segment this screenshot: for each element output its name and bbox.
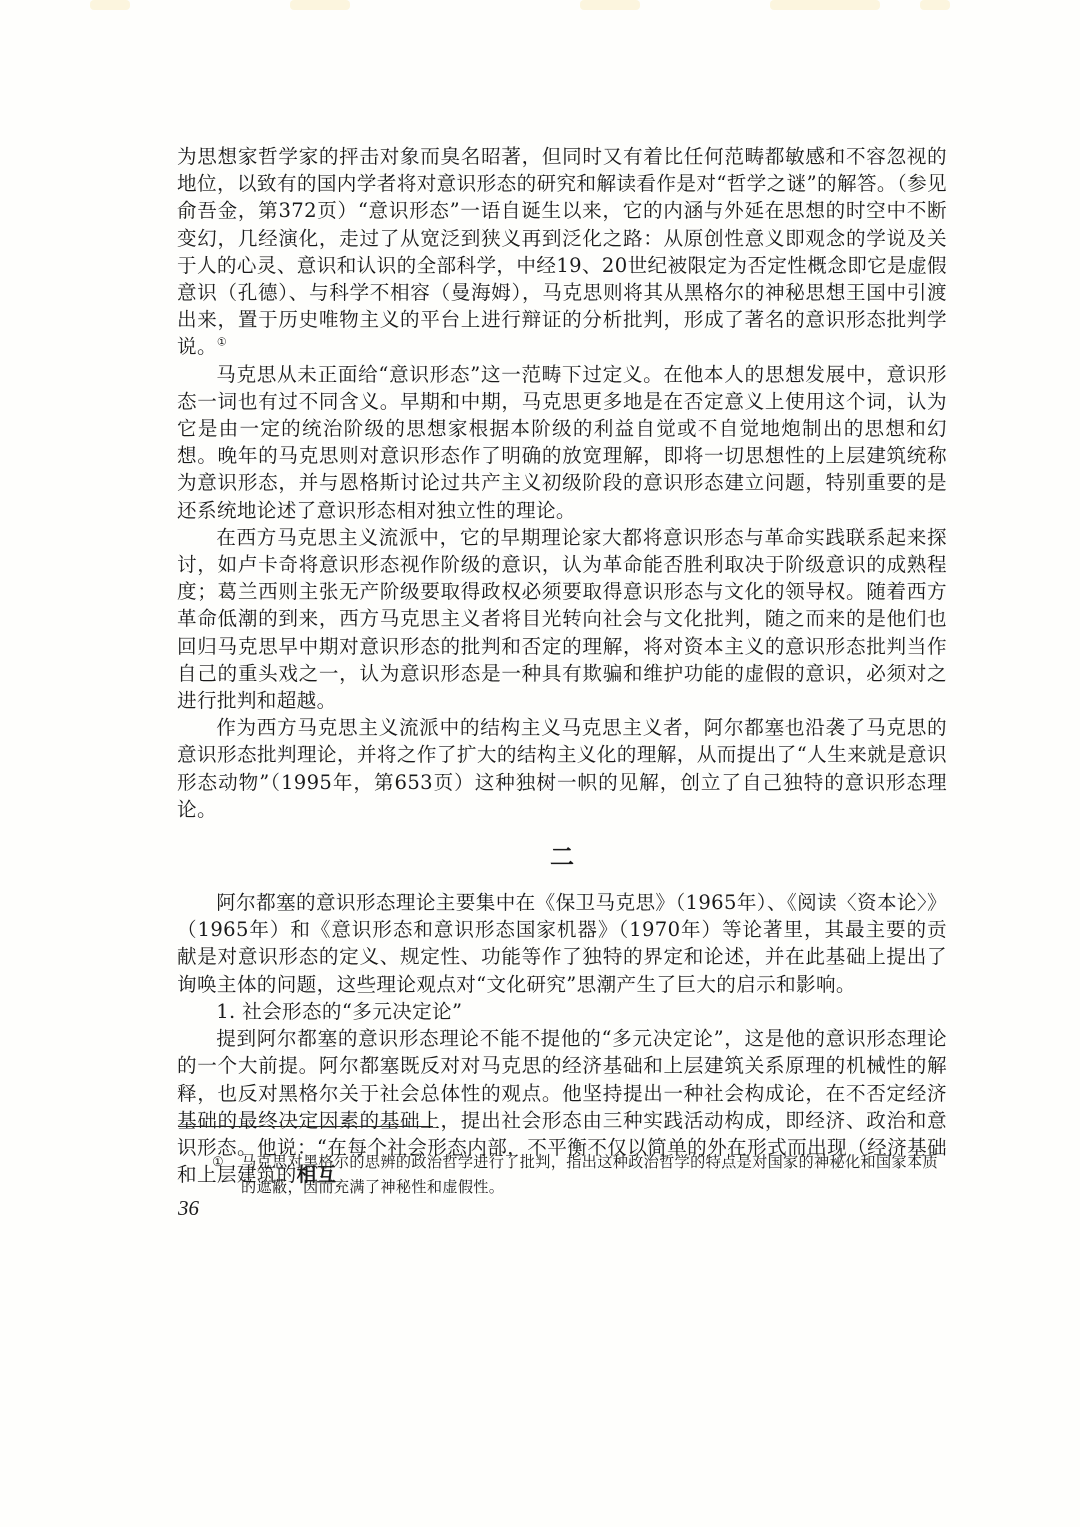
footnote-reference[interactable]: ① xyxy=(217,336,227,349)
scan-speck xyxy=(920,0,950,10)
scan-speck xyxy=(90,0,130,10)
page-number: 36 xyxy=(178,1196,199,1221)
footnote-marker: ① xyxy=(212,1150,224,1175)
paragraph-4: 作为西方马克思主义流派中的结构主义马克思主义者，阿尔都塞也沿袭了马克思的意识形态… xyxy=(177,714,947,823)
footnote-text: 马克思对黑格尔的思辨的政治哲学进行了批判，指出这种政治哲学的特点是对国家的神秘化… xyxy=(241,1150,947,1200)
footnote-divider xyxy=(178,1126,433,1127)
paragraph-2: 马克思从未正面给“意识形态”这一范畴下过定义。在他本人的思想发展中，意识形态一词… xyxy=(177,361,947,524)
paragraph-5: 阿尔都塞的意识形态理论主要集中在《保卫马克思》（1965年）、《阅读〈资本论〉》… xyxy=(177,889,947,998)
paragraph-3: 在西方马克思主义流派中，它的早期理论家大都将意识形态与革命实践联系起来探讨，如卢… xyxy=(177,524,947,714)
scan-speck xyxy=(290,0,350,10)
footnote: ① 马克思对黑格尔的思辨的政治哲学进行了批判，指出这种政治哲学的特点是对国家的神… xyxy=(212,1150,947,1200)
paragraph-1: 为思想家哲学家的抨击对象而臭名昭著，但同时又有着比任何范畴都敏感和不容忽视的地位… xyxy=(177,143,947,361)
scan-speck xyxy=(770,0,880,10)
scan-speck xyxy=(580,0,640,10)
paragraph-text: 为思想家哲学家的抨击对象而臭名昭著，但同时又有着比任何范畴都敏感和不容忽视的地位… xyxy=(177,145,947,358)
section-heading: 二 xyxy=(177,837,947,877)
scanned-book-page: 为思想家哲学家的抨击对象而臭名昭著，但同时又有着比任何范畴都敏感和不容忽视的地位… xyxy=(0,0,1080,1527)
subheading: 1. 社会形态的“多元决定论” xyxy=(177,998,947,1025)
body-text: 为思想家哲学家的抨击对象而臭名昭著，但同时又有着比任何范畴都敏感和不容忽视的地位… xyxy=(177,143,947,1188)
